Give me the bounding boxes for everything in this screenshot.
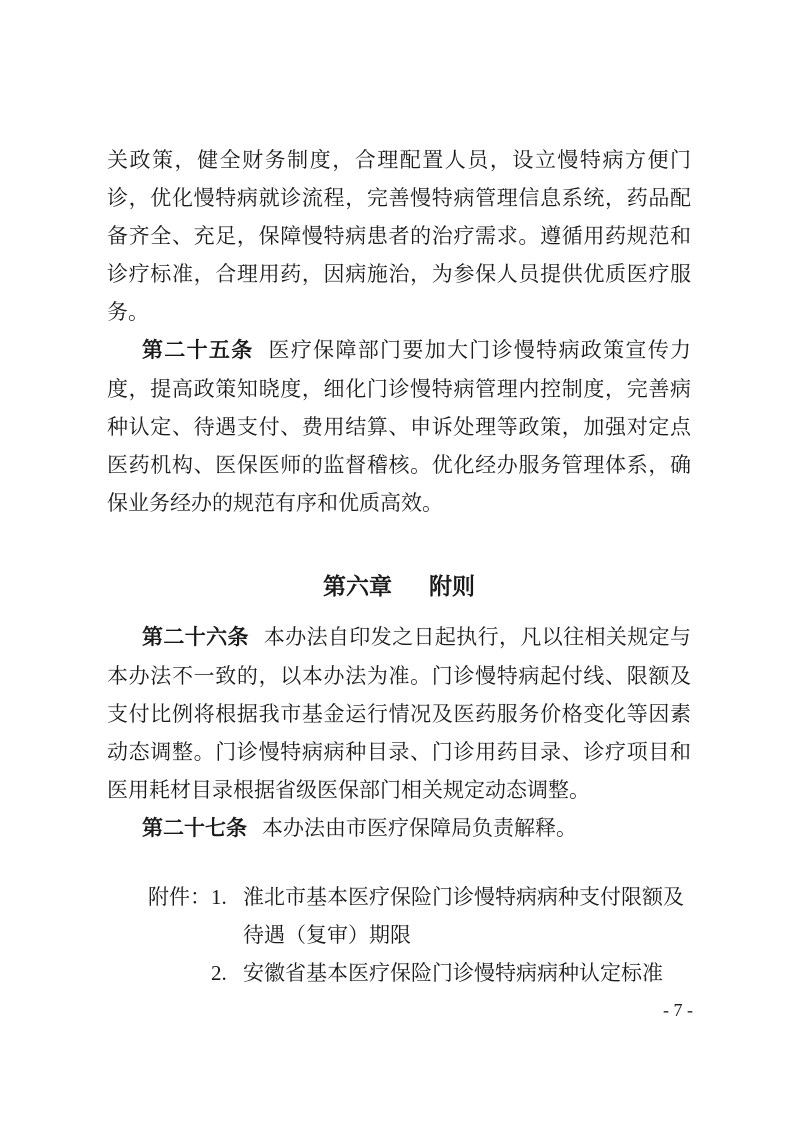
article-26-text: 本办法自印发之日起执行，凡以往相关规定与本办法不一致的，以本办法为准。门诊慢特病… <box>107 625 691 802</box>
attachment-item: 2. 安徽省基本医疗保险门诊慢特病病种认定标准 <box>211 954 693 992</box>
attachment-item-text: 淮北市基本医疗保险门诊慢特病病种支付限额及待遇（复审）期限 <box>243 878 693 954</box>
article-27-number: 第二十七条 <box>142 817 247 840</box>
chapter-number: 第六章 <box>323 573 392 599</box>
attachment-item-text: 安徽省基本医疗保险门诊慢特病病种认定标准 <box>243 954 693 992</box>
article-27-text: 本办法由市医疗保障局负责解释。 <box>262 816 577 840</box>
attachment-item: 1. 淮北市基本医疗保险门诊慢特病病种支付限额及待遇（复审）期限 <box>211 878 693 954</box>
attachment-item-number: 2. <box>211 954 243 992</box>
article-27: 第二十七条本办法由市医疗保障局负责解释。 <box>107 809 691 848</box>
attachment-item-number: 1. <box>211 878 243 954</box>
document-content: 关政策，健全财务制度，合理配置人员，设立慢特病方便门诊，优化慢特病就诊流程，完善… <box>107 141 691 992</box>
article-26: 第二十六条本办法自印发之日起执行，凡以往相关规定与本办法不一致的，以本办法为准。… <box>107 618 691 809</box>
article-25: 第二十五条医疗保障部门要加大门诊慢特病政策宣传力度，提高政策知晓度，细化门诊慢特… <box>107 331 691 522</box>
attachments-label: 附件： <box>148 878 211 992</box>
attachments-list: 1. 淮北市基本医疗保险门诊慢特病病种支付限额及待遇（复审）期限 2. 安徽省基… <box>211 878 693 992</box>
article-25-text: 医疗保障部门要加大门诊慢特病政策宣传力度，提高政策知晓度，细化门诊慢特病管理内控… <box>107 338 691 515</box>
article-25-number: 第二十五条 <box>142 339 254 362</box>
article-26-number: 第二十六条 <box>142 626 249 649</box>
attachments-block: 附件： 1. 淮北市基本医疗保险门诊慢特病病种支付限额及待遇（复审）期限 2. … <box>148 878 691 992</box>
chapter-heading: 第六章附则 <box>107 566 691 606</box>
document-page: 关政策，健全财务制度，合理配置人员，设立慢特病方便门诊，优化慢特病就诊流程，完善… <box>0 0 793 1122</box>
page-number: - 7 - <box>663 996 693 1024</box>
continuation-paragraph: 关政策，健全财务制度，合理配置人员，设立慢特病方便门诊，优化慢特病就诊流程，完善… <box>107 141 691 331</box>
chapter-title: 附则 <box>429 573 475 599</box>
